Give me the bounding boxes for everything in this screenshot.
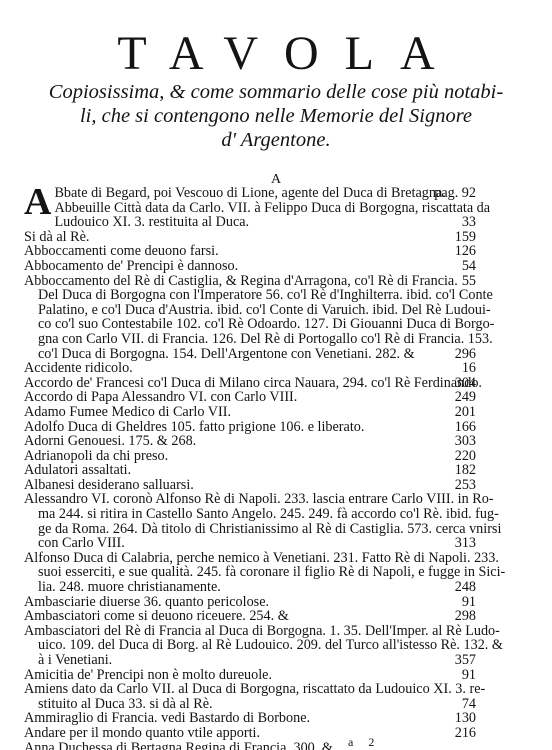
entry-text-line: stituito al Duca 33. si dà al Rè. [24, 697, 440, 712]
subtitle-line: li, che si contengono nelle Memorie del … [0, 104, 552, 128]
entry-text-line: Alfonso Duca di Calabria, perche nemico … [24, 551, 440, 566]
entry-text-line: con Carlo VIII. [24, 536, 440, 551]
index-entry: Ambasciatori del Rè di Francia al Duca d… [24, 624, 476, 668]
entry-text-line: Del Duca di Borgogna con l'Imperatore 56… [24, 288, 440, 303]
index-entry: Ammiraglio di Francia. vedi Bastardo di … [24, 711, 476, 726]
index-entry: Andare per il mondo quanto vtile apporti… [24, 726, 476, 741]
page-number: 91 [462, 668, 476, 683]
index-entry: Anna Duchessa di Bertagna Regina di Fran… [24, 741, 476, 750]
entry-text-line: Adamo Fumee Medico di Carlo VII. [24, 405, 440, 420]
signature-mark: a 2 [348, 735, 380, 750]
page-number: 253 [455, 478, 476, 493]
entry-text-line: Ludouico XI. 3. restituita al Duca. [24, 215, 440, 230]
page-number: 16 [462, 361, 476, 376]
entry-text-line: Abboccamento del Rè di Castiglia, & Regi… [24, 274, 440, 289]
index-entry: Albanesi desiderano salluarsi.253 [24, 478, 476, 493]
entry-text-line: à i Venetiani. [24, 653, 440, 668]
entry-text-line: co'l Duca di Borgogna. 154. Dell'Argento… [24, 347, 440, 362]
index-entry: Ambasciarie diuerse 36. quanto pericolos… [24, 595, 476, 610]
index-entry: Accidente ridicolo.16 [24, 361, 476, 376]
page-number: 248 [455, 580, 476, 595]
index-entry: Accordo de' Francesi co'l Duca di Milano… [24, 376, 476, 391]
page-number: 298 [455, 609, 476, 624]
index-entry: Abboccamento del Rè di Castiglia, & Regi… [24, 274, 476, 289]
entry-text-line: suoi esserciti, e sue qualità. 245. fà c… [24, 565, 440, 580]
subtitle-line: d' Argentone. [0, 128, 552, 152]
entry-text-line: Amiens dato da Carlo VII. al Duca di Bor… [24, 682, 440, 697]
page-number: 159 [455, 230, 476, 245]
entry-text-line: Accordo di Papa Alessandro VI. con Carlo… [24, 390, 440, 405]
entry-text-line: Adorni Genouesi. 175. & 268. [24, 434, 440, 449]
page-number: 201 [455, 405, 476, 420]
page-number: 357 [455, 653, 476, 668]
index-entry: Ambasciatori come si deuono riceuere. 25… [24, 609, 476, 624]
page-number: 54 [462, 259, 476, 274]
page-number: 55 [462, 274, 476, 289]
entry-text-line: Adulatori assaltati. [24, 463, 440, 478]
entry-text-line: Bbate di Begard, poi Vescouo di Lione, a… [24, 186, 440, 201]
entry-text-line: ma 244. si ritira in Castello Santo Ange… [24, 507, 440, 522]
page-number: 303 [455, 434, 476, 449]
entry-text-line: Si dà al Rè. [24, 230, 440, 245]
page-number: 296 [455, 347, 476, 362]
drop-cap: A [24, 187, 51, 217]
entry-text-line: gna con Carlo VII. di Francia. 126. Del … [24, 332, 440, 347]
index-entry: Adolfo Duca di Gheldres 105. fatto prigi… [24, 420, 476, 435]
entry-text-line: Ambasciatori del Rè di Francia al Duca d… [24, 624, 440, 639]
entry-text-line: co co'l suo Contestabile 102. co'l Rè Od… [24, 317, 440, 332]
page-number: 74 [462, 697, 476, 712]
subtitle-line: Copiosissima, & come sommario delle cose… [0, 80, 552, 104]
entry-text-line: Alessandro VI. coronò Alfonso Rè di Napo… [24, 492, 440, 507]
entry-text-line: Abbocamento de' Prencipi è dannoso. [24, 259, 440, 274]
index-entry: Abboccamenti come deuono farsi.126 [24, 244, 476, 259]
page-subtitle: Copiosissima, & come sommario delle cose… [0, 80, 552, 152]
index-entry: Alessandro VI. coronò Alfonso Rè di Napo… [24, 492, 476, 550]
page-title: TAVOLA [0, 30, 552, 78]
page-number: 220 [455, 449, 476, 464]
index-entry: ABbate di Begard, poi Vescouo di Lione, … [24, 186, 476, 230]
entry-text-line: Ambasciatori come si deuono riceuere. 25… [24, 609, 440, 624]
entry-text-line: Albanesi desiderano salluarsi. [24, 478, 440, 493]
index-entry: Accordo di Papa Alessandro VI. con Carlo… [24, 390, 476, 405]
page-number: 313 [455, 536, 476, 551]
entry-text-line: Accidente ridicolo. [24, 361, 440, 376]
entry-text-line: Amicitia de' Prencipi non è molto dureuo… [24, 668, 440, 683]
entry-text-line: Abboccamenti come deuono farsi. [24, 244, 440, 259]
page-number: 182 [455, 463, 476, 478]
entry-text-line: uico. 109. del Duca di Borg. al Rè Ludou… [24, 638, 440, 653]
index-entry: Adorni Genouesi. 175. & 268.303 [24, 434, 476, 449]
entry-text-line: lia. 248. muore christianamente. [24, 580, 440, 595]
page-number: 126 [455, 244, 476, 259]
entry-text-line: Ammiraglio di Francia. vedi Bastardo di … [24, 711, 440, 726]
index-entry: Abbocamento de' Prencipi è dannoso.54 [24, 259, 476, 274]
index-entry: Amiens dato da Carlo VII. al Duca di Bor… [24, 682, 476, 711]
index-entry: Amicitia de' Prencipi non è molto dureuo… [24, 668, 476, 683]
page-number: 166 [455, 420, 476, 435]
entry-text-line: ge da Roma. 264. Dà titolo di Christiani… [24, 522, 440, 537]
page-number: pag. 92 [434, 186, 476, 201]
page-number: 130 [455, 711, 476, 726]
index-entry: Adamo Fumee Medico di Carlo VII.201 [24, 405, 476, 420]
index-entry: Del Duca di Borgogna con l'Imperatore 56… [24, 288, 476, 361]
page-number: 216 [455, 726, 476, 741]
page-number: 33 [462, 215, 476, 230]
entry-text-line: Accordo de' Francesi co'l Duca di Milano… [24, 376, 440, 391]
index-entry: Si dà al Rè.159 [24, 230, 476, 245]
entry-text-line: Abbeuille Città data da Carlo. VII. à Fe… [24, 201, 440, 216]
entry-text-line: Adrianopoli da chi preso. [24, 449, 440, 464]
page-number: 249 [455, 390, 476, 405]
index-entry: Adrianopoli da chi preso.220 [24, 449, 476, 464]
entry-text-line: Ambasciarie diuerse 36. quanto pericolos… [24, 595, 440, 610]
page-number: 304 [455, 376, 476, 391]
index-entry: Alfonso Duca di Calabria, perche nemico … [24, 551, 476, 595]
page-number: 91 [462, 595, 476, 610]
index-entry: Adulatori assaltati.182 [24, 463, 476, 478]
entry-text-line: Palatino, e co'l Duca d'Austria. ibid. c… [24, 303, 440, 318]
entry-text-line: Adolfo Duca di Gheldres 105. fatto prigi… [24, 420, 440, 435]
index-entries: ABbate di Begard, poi Vescouo di Lione, … [24, 186, 476, 750]
